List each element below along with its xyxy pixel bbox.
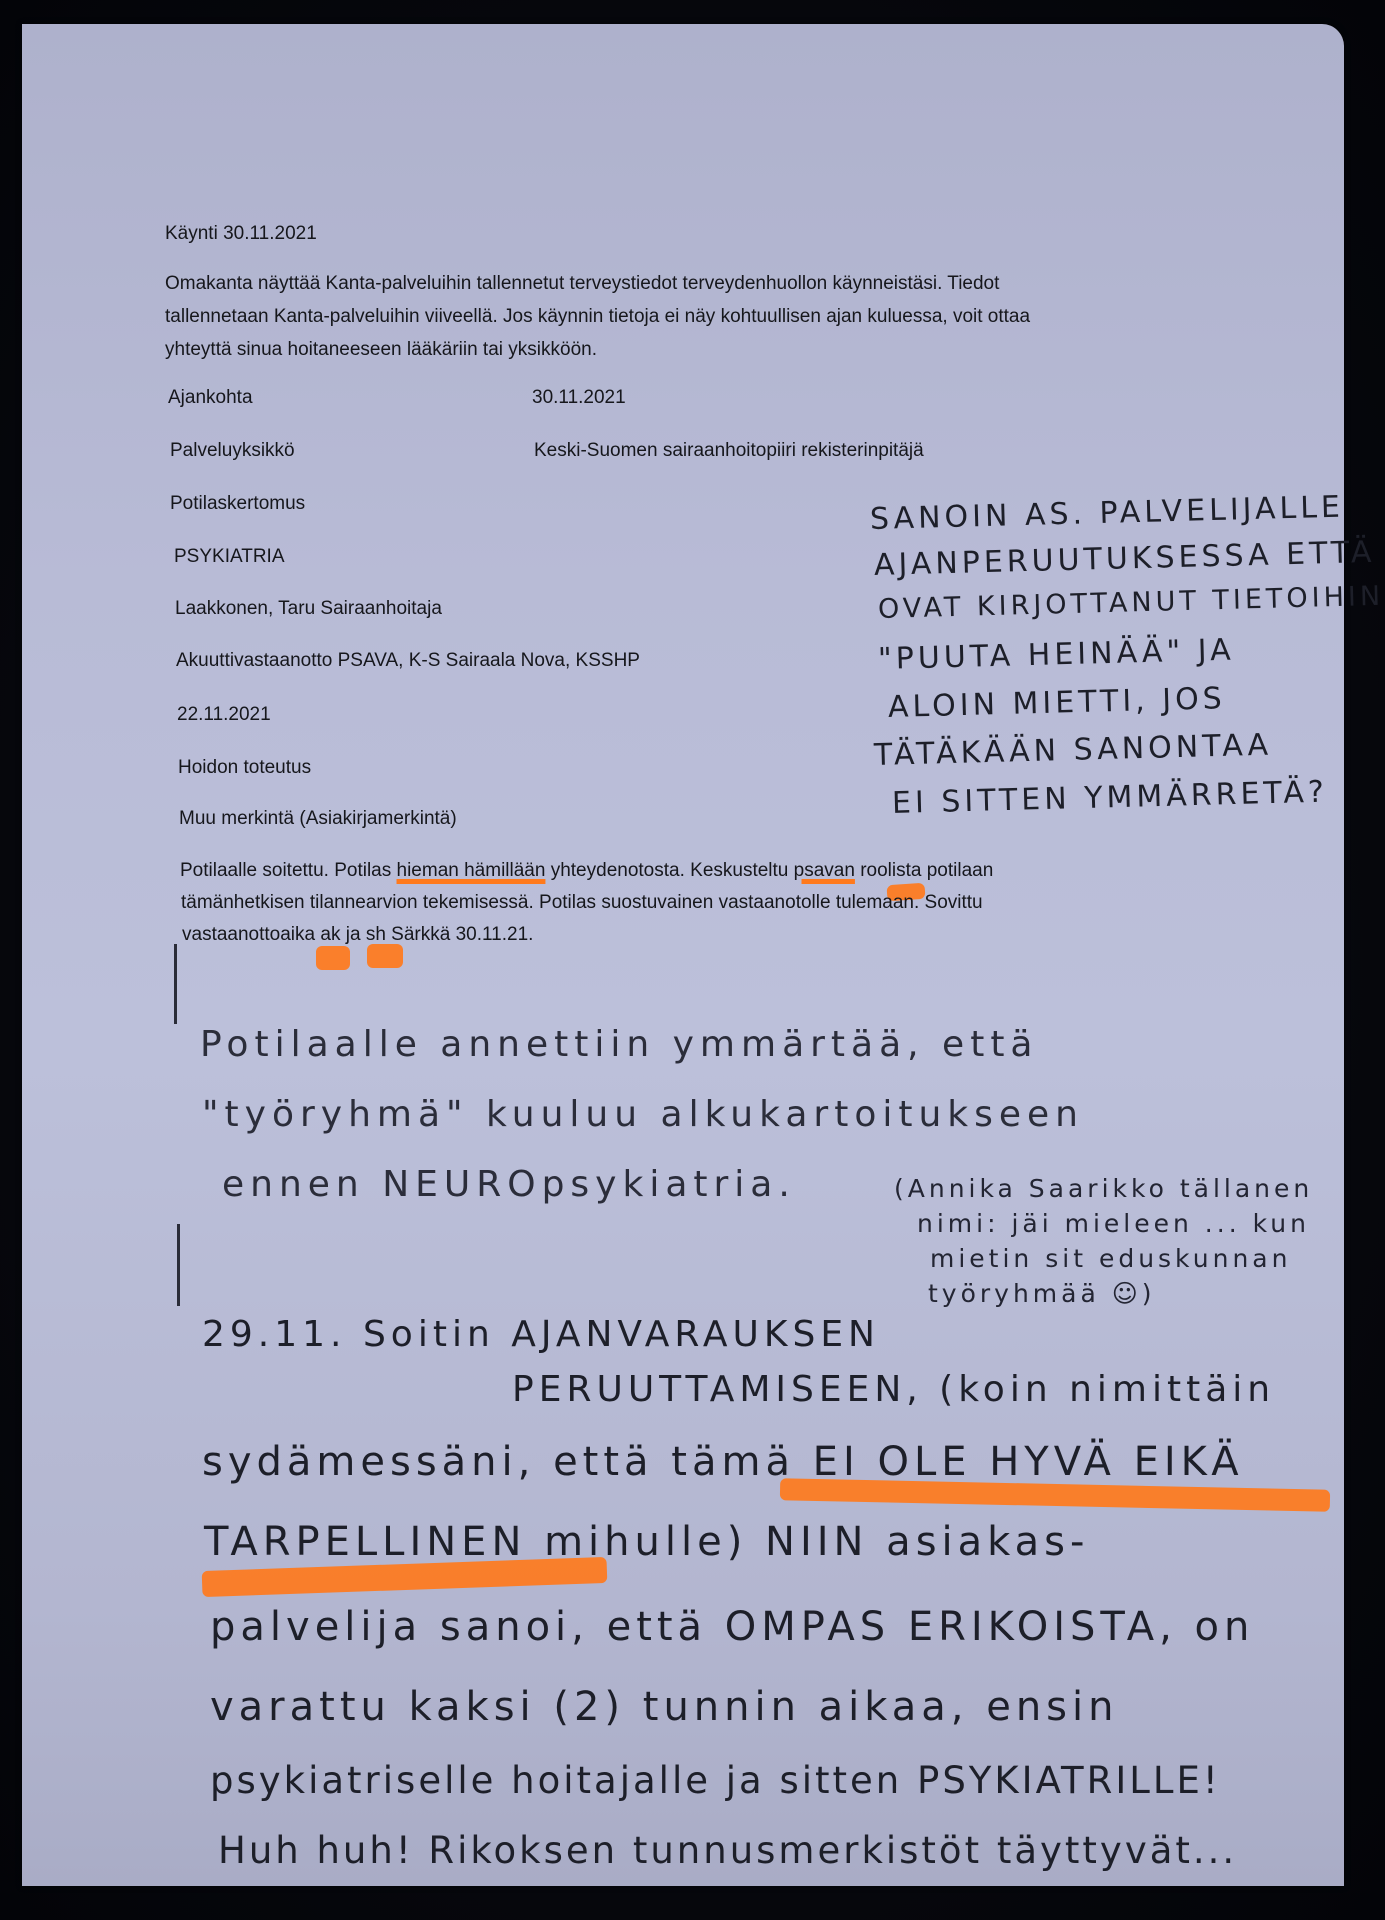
highlighted-phrase: TARPELLINEN (204, 1519, 526, 1565)
handwritten-line: Huh huh! Rikoksen tunnusmerkistöt täytty… (218, 1829, 1237, 1872)
handwritten-line: palvelija sanoi, että OMPAS ERIKOISTA, o… (210, 1604, 1254, 1650)
intro-paragraph: Omakanta näyttää Kanta-palveluihin talle… (165, 267, 1165, 366)
handwritten-text: sydämessäni, että tämä (202, 1439, 813, 1485)
record-specialty: PSYKIATRIA (174, 540, 285, 573)
margin-bar (177, 1224, 180, 1306)
entry-text: yhteydenotosta. Keskusteltu (545, 860, 793, 881)
record-type: Potilaskertomus (170, 487, 305, 520)
handwritten-text: mihulle) NIIN asiakas- (526, 1519, 1089, 1565)
margin-note-line: OVAT KIRJOTTANUT TIETOIHIN (878, 581, 1385, 625)
highlighted-phrase: hieman hämillään (397, 860, 546, 881)
handwritten-line: sydämessäni, että tämä EI OLE HYVÄ EIKÄ (202, 1439, 1244, 1485)
intro-line: Omakanta näyttää Kanta-palveluihin talle… (165, 267, 1165, 300)
handwritten-line: 29.11. Soitin AJANVARAUKSEN (202, 1314, 880, 1355)
entry-line-2: tämänhetkisen tilannearvion tekemisessä.… (181, 886, 983, 919)
highlighter-mark (367, 944, 403, 968)
margin-note-line: TÄTÄKÄÄN SANONTAA (874, 728, 1273, 773)
highlighted-phrase: EI OLE HYVÄ EIKÄ (813, 1439, 1244, 1485)
handwritten-line: varattu kaksi (2) tunnin aikaa, ensin (210, 1684, 1118, 1730)
aside-line: työryhmää ☺) (928, 1279, 1156, 1308)
entry-text: Potilaalle soitettu. Potilas (180, 860, 397, 881)
margin-bar (174, 944, 177, 1024)
entry-text: vastaanottoaika (182, 924, 320, 945)
margin-note-line: "PUUTA HEINÄÄ" JA (878, 633, 1236, 677)
record-heading-note: Muu merkintä (Asiakirjamerkintä) (179, 802, 457, 835)
record-date: 22.11.2021 (177, 698, 271, 731)
handwritten-line: PERUUTTAMISEEN, (koin nimittäin (512, 1369, 1275, 1410)
aside-line: nimi: jäi mieleen ... kun (917, 1209, 1310, 1238)
handwritten-line: Potilaalle annettiin ymmärtää, että (200, 1024, 1039, 1065)
paper-sheet: Käynti 30.11.2021 Omakanta näyttää Kanta… (22, 24, 1344, 1886)
field-label-ajankohta: Ajankohta (168, 381, 253, 414)
handwritten-line: ennen NEUROpsykiatria. (222, 1164, 796, 1205)
handwritten-line: TARPELLINEN mihulle) NIIN asiakas- (204, 1519, 1089, 1565)
intro-line: yhteyttä sinua hoitaneeseen lääkäriin ta… (165, 333, 1165, 366)
field-label-palveluyksikko: Palveluyksikkö (170, 434, 295, 467)
margin-note-line: ALOIN MIETTI, JOS (888, 681, 1227, 725)
entry-line-1: Potilaalle soitettu. Potilas hieman hämi… (180, 854, 993, 887)
field-value-ajankohta: 30.11.2021 (532, 381, 626, 414)
handwritten-line: psykiatriselle hoitajalle ja sitten PSYK… (210, 1759, 1221, 1802)
entry-text: Särkkä 30.11.21. (386, 924, 534, 945)
aside-line: (Annika Saarikko tällanen (894, 1174, 1313, 1203)
record-heading-care: Hoidon toteutus (178, 751, 311, 784)
highlighted-abbrev: sh (366, 924, 386, 945)
entry-line-3: vastaanottoaika ak ja sh Särkkä 30.11.21… (182, 918, 533, 951)
entry-text: ja (340, 924, 365, 945)
margin-note-line: AJANPERUUTUKSESSA ETTÄ (874, 535, 1376, 583)
highlighter-mark (316, 946, 350, 970)
margin-note-line: EI SITTEN YMMÄRRETÄ? (892, 775, 1329, 821)
record-unit: Akuuttivastaanotto PSAVA, K-S Sairaala N… (176, 644, 640, 677)
highlighted-phrase: psavan (794, 860, 855, 881)
aside-line: mietin sit eduskunnan (930, 1244, 1291, 1273)
visit-title: Käynti 30.11.2021 (165, 217, 317, 250)
margin-note-line: SANOIN AS. PALVELIJALLE (870, 490, 1345, 537)
intro-line: tallennetaan Kanta-palveluihin viiveellä… (165, 300, 1165, 333)
entry-text: roolista potilaan (855, 860, 993, 881)
highlighted-abbrev: ak (320, 924, 340, 945)
field-value-palveluyksikko: Keski-Suomen sairaanhoitopiiri rekisteri… (534, 434, 924, 467)
record-author: Laakkonen, Taru Sairaanhoitaja (175, 592, 442, 625)
handwritten-line: "työryhmä" kuuluu alkukartoitukseen (202, 1094, 1084, 1135)
